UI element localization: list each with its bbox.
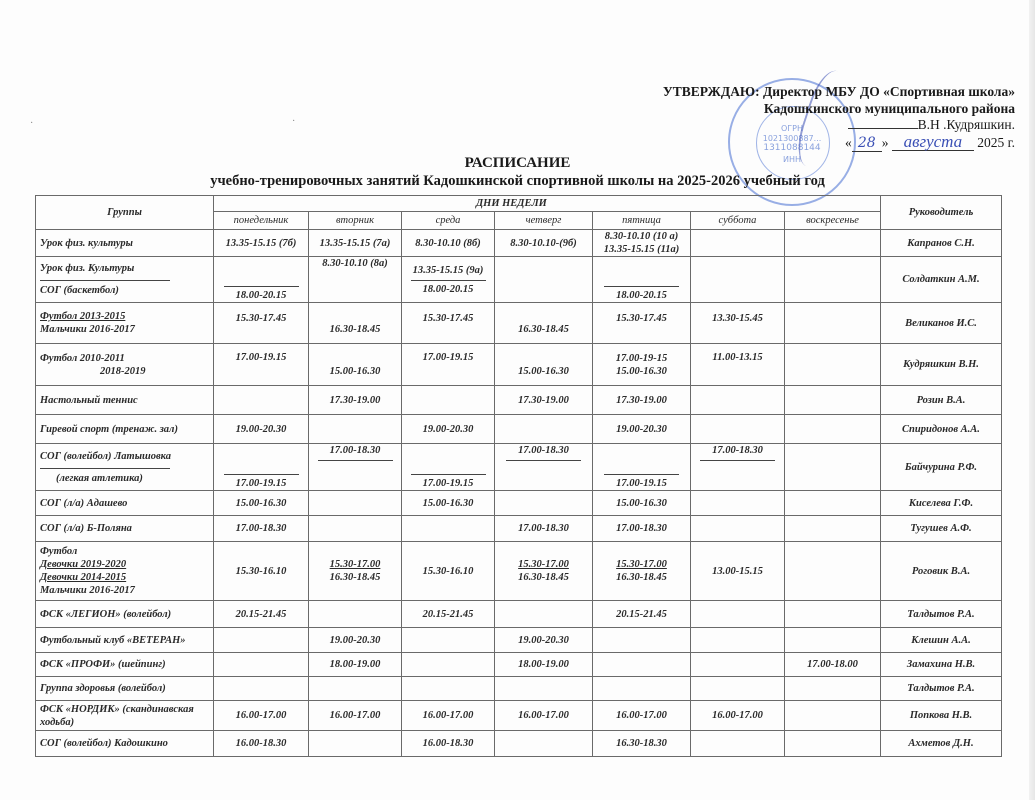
time-slot: 20.15-21.45 — [218, 608, 304, 621]
time-slot: 15.00-16.30 — [597, 497, 686, 510]
time-slot: 18.00-20.15 — [218, 289, 304, 302]
day-cell-пятница: 17.00-19.15 — [593, 444, 691, 491]
day-cell-понедельник: 16.00-18.30 — [214, 731, 309, 757]
group-name-line: Урок физ. культуры — [40, 237, 209, 250]
leader-cell: Замахина Н.В. — [881, 653, 1002, 677]
table-row: СОГ (волейбол) Латышовка(легкая атлетика… — [36, 444, 1002, 491]
leader-cell: Капранов С.Н. — [881, 230, 1002, 257]
time-slot: 13.30-15.45 — [695, 312, 780, 325]
time-slot: 15.00-16.30 — [597, 365, 686, 378]
time-slot: 8.30-10.10 (10 а) — [597, 230, 686, 243]
time-slot: 13.35-15.15 (7а) — [313, 237, 397, 250]
group-name-line: ФСК «НОРДИК» (скандинавская ходьба) — [40, 703, 209, 729]
group-name-line: Футбольный клуб «ВЕТЕРАН» — [40, 634, 209, 647]
group-name-line: Футбол — [40, 545, 209, 558]
group-cell: ФутболДевочки 2019-2020Девочки 2014-2015… — [36, 542, 214, 601]
time-slot: 16.30-18.30 — [597, 737, 686, 750]
group-name-line: ФСК «ПРОФИ» (шейпинг) — [40, 658, 209, 671]
day-cell-воскресенье — [785, 386, 881, 415]
group-name-line: Гиревой спорт (тренаж. зал) — [40, 423, 209, 436]
header-day-4: пятница — [593, 212, 691, 230]
day-cell-четверг — [495, 731, 593, 757]
group-cell: Группа здоровья (волейбол) — [36, 677, 214, 701]
table-row: СОГ (л/а) Адашево15.00-16.3015.00-16.301… — [36, 491, 1002, 516]
day-cell-суббота — [691, 386, 785, 415]
day-cell-суббота — [691, 230, 785, 257]
day-cell-среда: 8.30-10.10 (8б) — [402, 230, 495, 257]
time-slot: 11.00-13.15 — [695, 351, 780, 364]
day-cell-среда — [402, 653, 495, 677]
time-slot: 17.30-19.00 — [313, 394, 397, 407]
day-cell-пятница: 16.00-17.00 — [593, 701, 691, 731]
time-slot: 13.35-15.15 (9а) — [406, 264, 490, 277]
time-slot: 15.00-16.30 — [499, 365, 588, 378]
table-row: Урок физ. КультурыСОГ (баскетбол)18.00-2… — [36, 257, 1002, 303]
time-slot: 16.30-18.45 — [499, 323, 588, 336]
leader-cell: Талдытов Р.А. — [881, 677, 1002, 701]
time-slot: 16.30-18.45 — [313, 571, 397, 584]
day-cell-вторник: 19.00-20.30 — [309, 628, 402, 653]
time-slot: 16.00-17.00 — [313, 709, 397, 722]
leader-cell: Розин В.А. — [881, 386, 1002, 415]
date-month: августа — [892, 134, 974, 152]
day-cell-пятница: 16.30-18.30 — [593, 731, 691, 757]
day-cell-пятница — [593, 628, 691, 653]
time-slot: 15.00-16.30 — [406, 497, 490, 510]
day-cell-суббота — [691, 415, 785, 444]
day-cell-понедельник: 19.00-20.30 — [214, 415, 309, 444]
day-cell-пятница — [593, 653, 691, 677]
day-cell-четверг: 15.30-17.0016.30-18.45 — [495, 542, 593, 601]
day-cell-суббота — [691, 601, 785, 628]
day-cell-суббота: 13.00-15.15 — [691, 542, 785, 601]
scan-edge — [1029, 0, 1035, 800]
day-cell-воскресенье — [785, 257, 881, 303]
group-name-line: Футбол 2010-2011 — [40, 352, 209, 365]
day-cell-суббота — [691, 491, 785, 516]
time-slot: 16.00-17.00 — [406, 709, 490, 722]
day-cell-вторник — [309, 677, 402, 701]
table-row: Футбол 2013-2015Мальчики 2016-201715.30-… — [36, 303, 1002, 344]
group-name-line: Группа здоровья (волейбол) — [40, 682, 209, 695]
day-cell-среда: 15.30-16.10 — [402, 542, 495, 601]
table-row: ФСК «ПРОФИ» (шейпинг)18.00-19.0018.00-19… — [36, 653, 1002, 677]
day-cell-вторник: 17.00-18.30 — [309, 444, 402, 491]
group-name-line: Футбол 2013-2015 — [40, 310, 209, 323]
day-cell-вторник: 18.00-19.00 — [309, 653, 402, 677]
header-leader: Руководитель — [881, 196, 1002, 230]
time-separator-line — [411, 280, 486, 281]
time-slot: 16.00-18.30 — [406, 737, 490, 750]
group-cell: ФСК «ЛЕГИОН» (волейбол) — [36, 601, 214, 628]
day-cell-пятница — [593, 677, 691, 701]
table-row: ФСК «НОРДИК» (скандинавская ходьба)16.00… — [36, 701, 1002, 731]
group-separator-line — [40, 468, 170, 469]
table-row: Футбол 2010-20112018-201917.00-19.1515.0… — [36, 344, 1002, 386]
group-cell: Настольный теннис — [36, 386, 214, 415]
day-cell-суббота — [691, 731, 785, 757]
table-row: Урок физ. культуры13.35-15.15 (7б)13.35-… — [36, 230, 1002, 257]
time-separator-line — [224, 474, 299, 475]
day-cell-понедельник: 17.00-18.30 — [214, 516, 309, 542]
time-slot: 15.30-17.00 — [597, 558, 686, 571]
day-cell-воскресенье — [785, 677, 881, 701]
day-cell-пятница: 15.00-16.30 — [593, 491, 691, 516]
document-title: РАСПИСАНИЕ — [0, 155, 1035, 172]
day-cell-воскресенье — [785, 303, 881, 344]
time-slot: 15.30-17.45 — [406, 312, 490, 325]
time-slot: 16.30-18.45 — [597, 571, 686, 584]
header-days-of-week: ДНИ НЕДЕЛИ — [214, 196, 881, 212]
day-cell-четверг: 15.00-16.30 — [495, 344, 593, 386]
leader-cell: Ахметов Д.Н. — [881, 731, 1002, 757]
time-slot: 19.00-20.30 — [499, 634, 588, 647]
group-cell: СОГ (л/а) Адашево — [36, 491, 214, 516]
day-cell-воскресенье — [785, 731, 881, 757]
day-cell-понедельник: 20.15-21.45 — [214, 601, 309, 628]
time-separator-line — [604, 474, 679, 475]
day-cell-среда: 16.00-18.30 — [402, 731, 495, 757]
time-separator-line — [506, 460, 581, 461]
leader-cell: Киселева Г.Ф. — [881, 491, 1002, 516]
day-cell-суббота — [691, 677, 785, 701]
group-name-line: Урок физ. Культуры — [40, 262, 209, 275]
group-separator-line — [40, 280, 170, 281]
day-cell-суббота: 17.00-18.30 — [691, 444, 785, 491]
leader-cell: Попкова Н.В. — [881, 701, 1002, 731]
time-slot: 16.00-17.00 — [695, 709, 780, 722]
date-quote-close: » — [882, 135, 889, 150]
day-cell-пятница: 15.30-17.45 — [593, 303, 691, 344]
schedule-body: Урок физ. культуры13.35-15.15 (7б)13.35-… — [36, 230, 1002, 757]
group-cell: ФСК «НОРДИК» (скандинавская ходьба) — [36, 701, 214, 731]
time-slot: 17.30-19.00 — [499, 394, 588, 407]
leader-cell: Тугушев А.Ф. — [881, 516, 1002, 542]
day-cell-среда — [402, 516, 495, 542]
table-row: ФутболДевочки 2019-2020Девочки 2014-2015… — [36, 542, 1002, 601]
time-slot: 17.00-19.15 — [597, 477, 686, 490]
time-slot: 19.00-20.30 — [597, 423, 686, 436]
table-row: СОГ (волейбол) Кадошкино16.00-18.3016.00… — [36, 731, 1002, 757]
group-name-line: Настольный теннис — [40, 394, 209, 407]
day-cell-среда: 17.00-19.15 — [402, 344, 495, 386]
day-cell-пятница: 17.00-19-1515.00-16.30 — [593, 344, 691, 386]
group-cell: Футбол 2013-2015Мальчики 2016-2017 — [36, 303, 214, 344]
leader-cell: Роговик В.А. — [881, 542, 1002, 601]
day-cell-четверг — [495, 601, 593, 628]
day-cell-вторник: 16.30-18.45 — [309, 303, 402, 344]
leader-cell: Солдаткин А.М. — [881, 257, 1002, 303]
group-name-line: Девочки 2014-2015 — [40, 571, 209, 584]
day-cell-суббота — [691, 628, 785, 653]
time-slot: 19.00-20.30 — [406, 423, 490, 436]
time-slot: 8.30-10.10 (8а) — [313, 257, 397, 270]
day-cell-вторник — [309, 516, 402, 542]
day-cell-вторник: 16.00-17.00 — [309, 701, 402, 731]
time-slot: 16.00-17.00 — [597, 709, 686, 722]
table-row: Гиревой спорт (тренаж. зал)19.00-20.3019… — [36, 415, 1002, 444]
time-slot: 18.00-19.00 — [313, 658, 397, 671]
day-cell-четверг: 19.00-20.30 — [495, 628, 593, 653]
day-cell-пятница: 17.30-19.00 — [593, 386, 691, 415]
header-groups: Группы — [36, 196, 214, 230]
day-cell-воскресенье — [785, 415, 881, 444]
group-name-line: ФСК «ЛЕГИОН» (волейбол) — [40, 608, 209, 621]
time-separator-line — [411, 474, 486, 475]
leader-cell: Клешин А.А. — [881, 628, 1002, 653]
time-slot: 15.30-17.45 — [218, 312, 304, 325]
time-slot: 17.00-18.30 — [499, 444, 588, 457]
day-cell-понедельник: 18.00-20.15 — [214, 257, 309, 303]
day-cell-понедельник — [214, 677, 309, 701]
time-slot: 15.00-16.30 — [313, 365, 397, 378]
day-cell-четверг: 16.30-18.45 — [495, 303, 593, 344]
day-cell-воскресенье — [785, 516, 881, 542]
time-slot: 8.30-10.10 (8б) — [406, 237, 490, 250]
header-day-0: понедельник — [214, 212, 309, 230]
time-slot: 20.15-21.45 — [406, 608, 490, 621]
day-cell-вторник: 15.00-16.30 — [309, 344, 402, 386]
table-row: Футбольный клуб «ВЕТЕРАН»19.00-20.3019.0… — [36, 628, 1002, 653]
time-slot: 13.00-15.15 — [695, 565, 780, 578]
approval-line-1: УТВЕРЖДАЮ: Директор МБУ ДО «Спортивная ш… — [663, 84, 1015, 101]
leader-cell: Спиридонов А.А. — [881, 415, 1002, 444]
day-cell-среда: 16.00-17.00 — [402, 701, 495, 731]
scan-speck: · — [30, 118, 33, 129]
leader-cell: Байчурина Р.Ф. — [881, 444, 1002, 491]
time-slot: 15.30-17.00 — [313, 558, 397, 571]
day-cell-воскресенье — [785, 628, 881, 653]
day-cell-четверг: 8.30-10.10-(9б) — [495, 230, 593, 257]
table-row: Группа здоровья (волейбол)Талдытов Р.А. — [36, 677, 1002, 701]
time-slot: 16.00-18.30 — [218, 737, 304, 750]
day-cell-пятница: 15.30-17.0016.30-18.45 — [593, 542, 691, 601]
leader-cell: Великанов И.С. — [881, 303, 1002, 344]
time-slot: 16.30-18.45 — [499, 571, 588, 584]
day-cell-вторник — [309, 415, 402, 444]
table-row: Настольный теннис17.30-19.0017.30-19.001… — [36, 386, 1002, 415]
time-separator-line — [604, 286, 679, 287]
day-cell-понедельник: 16.00-17.00 — [214, 701, 309, 731]
day-cell-среда: 15.30-17.45 — [402, 303, 495, 344]
group-cell: Гиревой спорт (тренаж. зал) — [36, 415, 214, 444]
time-slot: 15.30-17.00 — [499, 558, 588, 571]
time-slot: 17.00-19.15 — [406, 477, 490, 490]
time-slot: 19.00-20.30 — [313, 634, 397, 647]
day-cell-понедельник: 15.30-17.45 — [214, 303, 309, 344]
time-slot: 13.35-15.15 (11а) — [597, 243, 686, 256]
time-slot: 17.00-18.30 — [218, 522, 304, 535]
day-cell-вторник — [309, 731, 402, 757]
leader-cell: Талдытов Р.А. — [881, 601, 1002, 628]
time-slot: 15.30-17.45 — [597, 312, 686, 325]
time-separator-line — [700, 460, 775, 461]
time-slot: 15.00-16.30 — [218, 497, 304, 510]
day-cell-пятница: 18.00-20.15 — [593, 257, 691, 303]
day-cell-пятница: 17.00-18.30 — [593, 516, 691, 542]
header-day-1: вторник — [309, 212, 402, 230]
day-cell-воскресенье — [785, 701, 881, 731]
approval-signatory: В.Н .Кудряшкин. — [663, 117, 1015, 134]
day-cell-четверг — [495, 677, 593, 701]
schedule-table: Группы ДНИ НЕДЕЛИ Руководитель понедельн… — [35, 195, 1002, 757]
day-cell-воскресенье — [785, 344, 881, 386]
time-slot: 17.30-19.00 — [597, 394, 686, 407]
time-slot: 17.00-19-15 — [597, 352, 686, 365]
scan-speck: · — [292, 116, 295, 127]
day-cell-понедельник: 15.30-16.10 — [214, 542, 309, 601]
day-cell-суббота — [691, 653, 785, 677]
date-day: 28 — [852, 135, 882, 153]
leader-cell: Кудряшкин В.Н. — [881, 344, 1002, 386]
group-cell: Урок физ. культуры — [36, 230, 214, 257]
group-cell: СОГ (л/а) Б-Поляна — [36, 516, 214, 542]
day-cell-пятница: 20.15-21.45 — [593, 601, 691, 628]
group-name-line: 2018-2019 — [40, 365, 209, 378]
day-cell-среда — [402, 386, 495, 415]
table-row: СОГ (л/а) Б-Поляна17.00-18.3017.00-18.30… — [36, 516, 1002, 542]
group-cell: СОГ (волейбол) Кадошкино — [36, 731, 214, 757]
day-cell-четверг — [495, 257, 593, 303]
day-cell-вторник: 15.30-17.0016.30-18.45 — [309, 542, 402, 601]
document-subtitle: учебно-тренировочных занятий Кадошкинско… — [0, 173, 1035, 190]
time-slot: 19.00-20.30 — [218, 423, 304, 436]
time-slot: 20.15-21.45 — [597, 608, 686, 621]
signature-line — [848, 128, 918, 129]
day-cell-понедельник — [214, 653, 309, 677]
approval-line-2: Кадошкинского муниципального района — [663, 101, 1015, 118]
date-year: 2025 г. — [977, 135, 1015, 150]
day-cell-суббота: 13.30-15.45 — [691, 303, 785, 344]
day-cell-четверг: 16.00-17.00 — [495, 701, 593, 731]
signatory-name: В.Н .Кудряшкин. — [918, 117, 1015, 132]
time-slot: 8.30-10.10-(9б) — [499, 237, 588, 250]
day-cell-суббота: 16.00-17.00 — [691, 701, 785, 731]
time-slot: 16.00-17.00 — [218, 709, 304, 722]
time-slot: 17.00-18.30 — [597, 522, 686, 535]
group-name-line: (легкая атлетика) — [40, 472, 209, 485]
day-cell-четверг: 17.30-19.00 — [495, 386, 593, 415]
day-cell-воскресенье — [785, 491, 881, 516]
day-cell-вторник — [309, 491, 402, 516]
group-cell: СОГ (волейбол) Латышовка(легкая атлетика… — [36, 444, 214, 491]
group-name-line: СОГ (л/а) Б-Поляна — [40, 522, 209, 535]
group-name-line: СОГ (л/а) Адашево — [40, 497, 209, 510]
time-slot: 18.00-20.15 — [597, 289, 686, 302]
day-cell-понедельник: 13.35-15.15 (7б) — [214, 230, 309, 257]
day-cell-суббота — [691, 257, 785, 303]
day-cell-среда: 13.35-15.15 (9а)18.00-20.15 — [402, 257, 495, 303]
date-quote-open: « — [845, 135, 852, 150]
group-cell: Футбольный клуб «ВЕТЕРАН» — [36, 628, 214, 653]
day-cell-среда: 19.00-20.30 — [402, 415, 495, 444]
table-row: ФСК «ЛЕГИОН» (волейбол)20.15-21.4520.15-… — [36, 601, 1002, 628]
group-cell: Футбол 2010-20112018-2019 — [36, 344, 214, 386]
approval-block: УТВЕРЖДАЮ: Директор МБУ ДО «Спортивная ш… — [663, 84, 1015, 152]
time-slot: 15.30-16.10 — [406, 565, 490, 578]
time-separator-line — [224, 286, 299, 287]
group-cell: ФСК «ПРОФИ» (шейпинг) — [36, 653, 214, 677]
day-cell-воскресенье: 17.00-18.00 — [785, 653, 881, 677]
approval-date: «28» августа 2025 г. — [663, 134, 1015, 153]
day-cell-понедельник: 17.00-19.15 — [214, 344, 309, 386]
day-cell-четверг: 17.00-18.30 — [495, 444, 593, 491]
day-cell-воскресенье — [785, 230, 881, 257]
day-cell-вторник — [309, 601, 402, 628]
header-day-5: суббота — [691, 212, 785, 230]
group-name-line: СОГ (волейбол) Кадошкино — [40, 737, 209, 750]
day-cell-понедельник: 17.00-19.15 — [214, 444, 309, 491]
day-cell-понедельник: 15.00-16.30 — [214, 491, 309, 516]
time-slot: 17.00-18.30 — [695, 444, 780, 457]
day-cell-суббота: 11.00-13.15 — [691, 344, 785, 386]
group-name-line: Мальчики 2016-2017 — [40, 584, 209, 597]
group-name-line: Мальчики 2016-2017 — [40, 323, 209, 336]
day-cell-четверг — [495, 415, 593, 444]
time-slot: 16.30-18.45 — [313, 323, 397, 336]
day-cell-вторник: 8.30-10.10 (8а) — [309, 257, 402, 303]
group-cell: Урок физ. КультурыСОГ (баскетбол) — [36, 257, 214, 303]
header-day-2: среда — [402, 212, 495, 230]
day-cell-среда: 15.00-16.30 — [402, 491, 495, 516]
day-cell-воскресенье — [785, 542, 881, 601]
time-slot: 16.00-17.00 — [499, 709, 588, 722]
day-cell-пятница: 19.00-20.30 — [593, 415, 691, 444]
time-slot: 15.30-16.10 — [218, 565, 304, 578]
time-slot: 13.35-15.15 (7б) — [218, 237, 304, 250]
time-slot: 18.00-19.00 — [499, 658, 588, 671]
group-name-line: СОГ (волейбол) Латышовка — [40, 450, 209, 463]
header-day-3: четверг — [495, 212, 593, 230]
time-slot: 18.00-20.15 — [406, 283, 490, 296]
day-cell-четверг — [495, 491, 593, 516]
time-slot: 17.00-19.15 — [218, 477, 304, 490]
day-cell-среда — [402, 628, 495, 653]
time-slot: 17.00-18.00 — [789, 658, 876, 671]
time-slot: 17.00-18.30 — [313, 444, 397, 457]
group-name-line: СОГ (баскетбол) — [40, 284, 209, 297]
day-cell-воскресенье — [785, 601, 881, 628]
time-slot: 17.00-18.30 — [499, 522, 588, 535]
day-cell-понедельник — [214, 386, 309, 415]
day-cell-среда: 20.15-21.45 — [402, 601, 495, 628]
day-cell-вторник: 13.35-15.15 (7а) — [309, 230, 402, 257]
time-slot: 17.00-19.15 — [218, 351, 304, 364]
day-cell-четверг: 17.00-18.30 — [495, 516, 593, 542]
day-cell-среда: 17.00-19.15 — [402, 444, 495, 491]
day-cell-вторник: 17.30-19.00 — [309, 386, 402, 415]
day-cell-среда — [402, 677, 495, 701]
header-day-6: воскресенье — [785, 212, 881, 230]
day-cell-суббота — [691, 516, 785, 542]
time-slot: 17.00-19.15 — [406, 351, 490, 364]
group-name-line: Девочки 2019-2020 — [40, 558, 209, 571]
day-cell-понедельник — [214, 628, 309, 653]
day-cell-воскресенье — [785, 444, 881, 491]
day-cell-четверг: 18.00-19.00 — [495, 653, 593, 677]
day-cell-пятница: 8.30-10.10 (10 а)13.35-15.15 (11а) — [593, 230, 691, 257]
time-separator-line — [318, 460, 393, 461]
